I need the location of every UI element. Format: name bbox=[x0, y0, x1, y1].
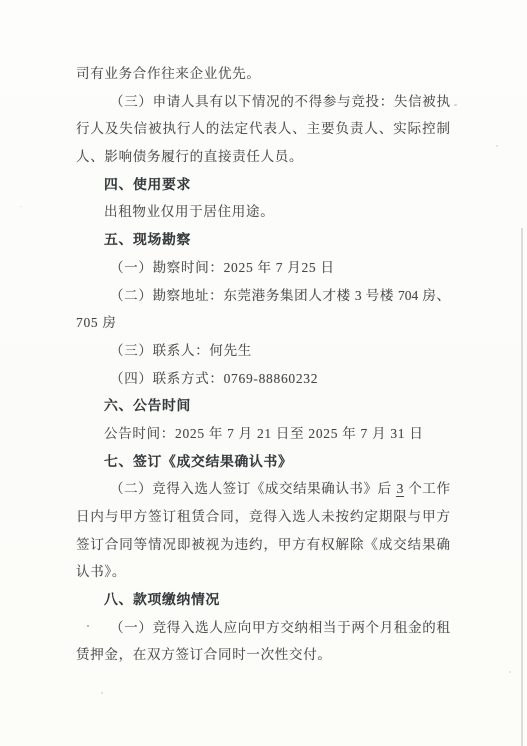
text-line: 705 房 bbox=[76, 309, 450, 337]
section-heading-usage: 四、使用要求 bbox=[76, 171, 450, 199]
text-line-contact-person: （三）联系人：何先生 bbox=[76, 337, 450, 365]
text-line: 出租物业仅用于居住用途。 bbox=[76, 198, 450, 226]
text-line-contact-phone: （四）联系方式：0769-88860232 bbox=[76, 365, 450, 393]
text-line-survey-address: （二）勘察地址：东莞港务集团人才楼 3 号楼 704 房、 bbox=[76, 282, 450, 310]
section-heading-confirmation: 七、签订《成交结果确认书》 bbox=[76, 448, 450, 476]
text-line: 赁押金，在双方签订合同时一次性交付。 bbox=[76, 641, 450, 669]
section-heading-site-survey: 五、现场勘察 bbox=[76, 226, 450, 254]
text-line-announcement-dates: 公告时间：2025 年 7 月 21 日至 2025 年 7 月 31 日 bbox=[76, 420, 450, 448]
scan-artifact-speck bbox=[87, 625, 89, 627]
text-line: 行人及失信被执行人的法定代表人、主要负责人、实际控制 bbox=[76, 115, 450, 143]
scan-page-edge-line bbox=[521, 228, 523, 746]
scan-artifact-speck bbox=[496, 145, 498, 147]
scan-artifact-speck bbox=[454, 104, 457, 106]
scan-artifact-speck bbox=[509, 671, 511, 673]
text-line: 人、影响债务履行的直接责任人员。 bbox=[76, 143, 450, 171]
text-line: 司有业务合作往来企业优先。 bbox=[76, 60, 450, 88]
text-line: 签订合同等情况即被视为违约，甲方有权解除《成交结果确 bbox=[76, 531, 450, 559]
section-heading-payment: 八、款项缴纳情况 bbox=[76, 586, 450, 614]
text-line: （一）竞得入选人应向甲方交纳相当于两个月租金的租 bbox=[76, 614, 450, 642]
section-heading-announcement-time: 六、公告时间 bbox=[76, 392, 450, 420]
scan-artifact-speck bbox=[101, 692, 103, 694]
document-text-block: 司有业务合作往来企业优先。 （三）申请人具有以下情况的不得参与竞投：失信被执 行… bbox=[76, 60, 450, 669]
text-line-with-underline: （二）竞得入选人签订《成交结果确认书》后 3 个工作 bbox=[76, 475, 450, 503]
scan-artifact-speck bbox=[20, 206, 22, 207]
document-page: 司有业务合作往来企业优先。 （三）申请人具有以下情况的不得参与竞投：失信被执 行… bbox=[0, 0, 527, 746]
text-line: 认书》。 bbox=[76, 558, 450, 586]
text-segment: 个工作 bbox=[404, 481, 450, 496]
text-line: 日内与甲方签订租赁合同，竞得入选人未按约定期限与甲方 bbox=[76, 503, 450, 531]
text-line: （三）申请人具有以下情况的不得参与竞投：失信被执 bbox=[76, 88, 450, 116]
text-segment: （二）竞得入选人签订《成交结果确认书》后 bbox=[110, 481, 396, 496]
text-line-survey-time: （一）勘察时间：2025 年 7 月25 日 bbox=[76, 254, 450, 282]
